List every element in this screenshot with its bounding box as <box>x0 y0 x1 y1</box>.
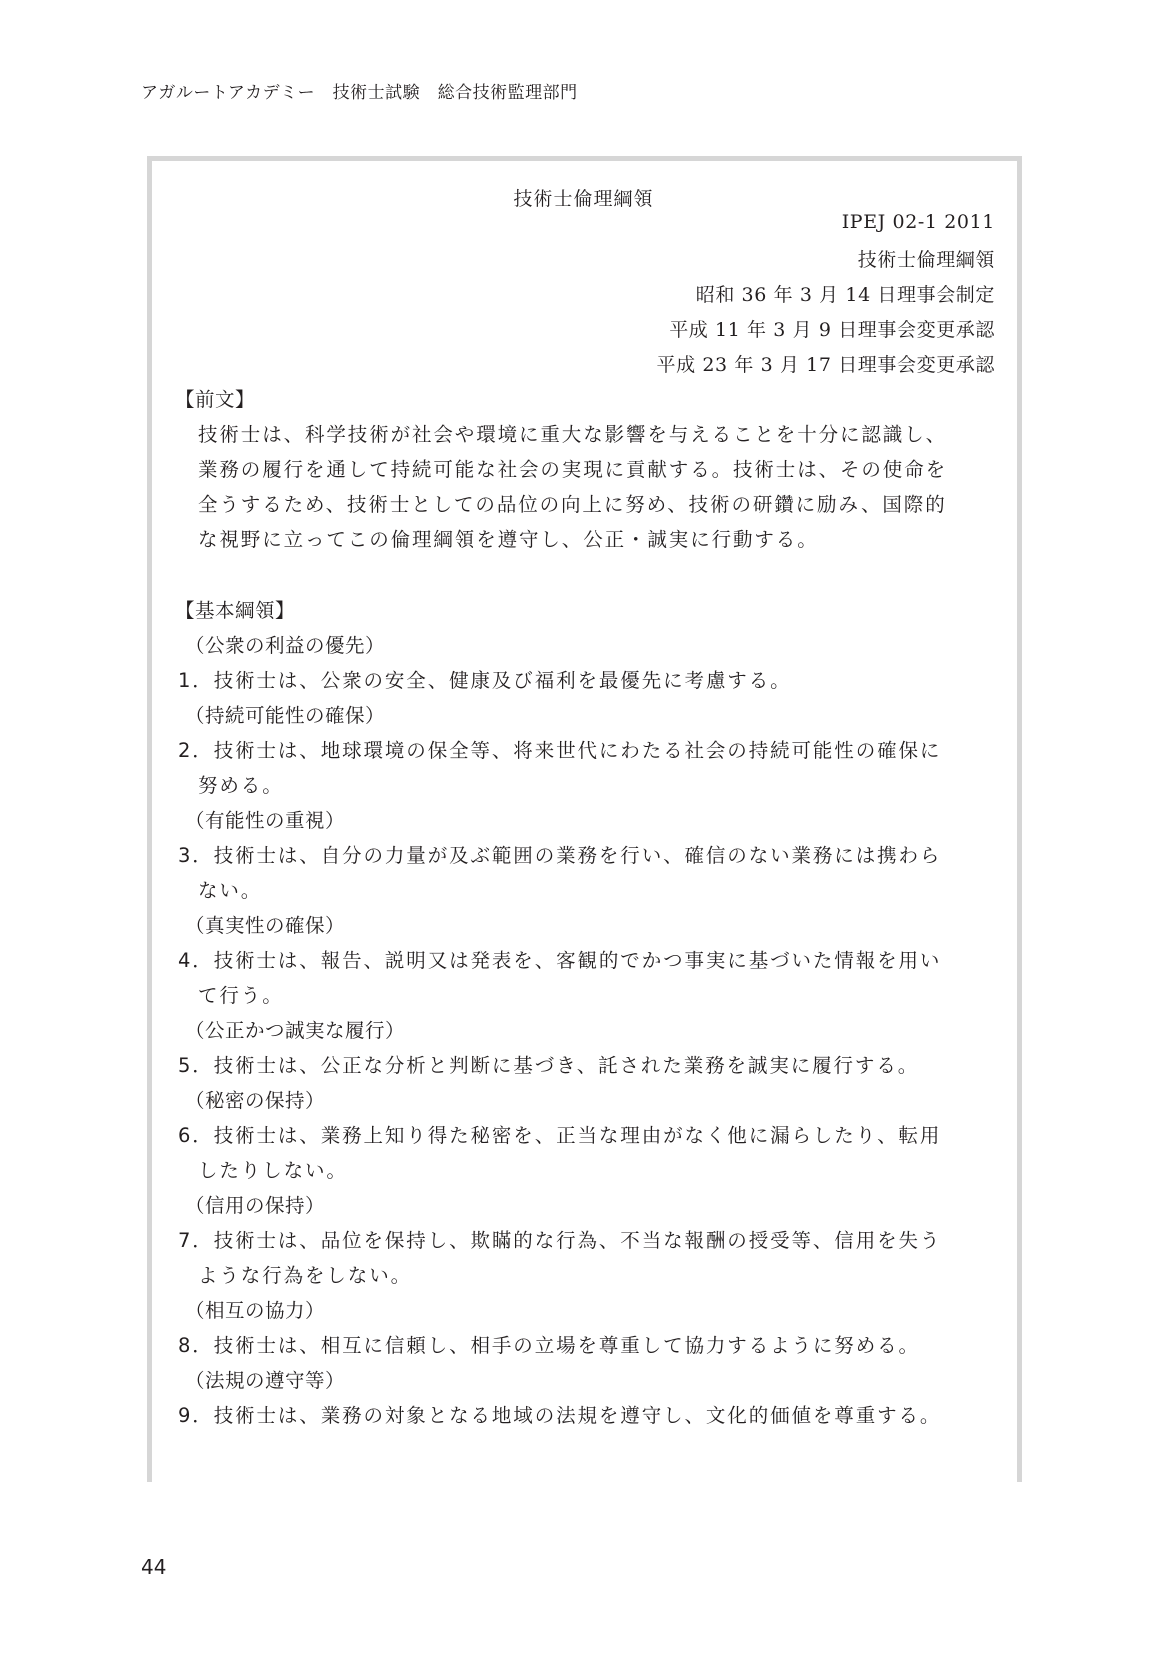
item-text-continued: ない。 <box>198 875 262 903</box>
page-number: 44 <box>141 1555 166 1579</box>
document-name: 技術士倫理綱領 <box>858 245 995 272</box>
item-text: 5．技術士は、公正な分析と判断に基づき、託された業務を誠実に履行する。 <box>178 1050 919 1078</box>
item-subtitle: （持続可能性の確保） <box>185 700 385 728</box>
revision-date-2: 平成 23 年 3 月 17 日理事会変更承認 <box>657 350 995 377</box>
enactment-date: 昭和 36 年 3 月 14 日理事会制定 <box>696 280 995 307</box>
item-subtitle: （秘密の保持） <box>185 1085 325 1113</box>
item-text-continued: ような行為をしない。 <box>198 1260 412 1288</box>
item-text: 8．技術士は、相互に信頼し、相手の立場を尊重して協力するように努める。 <box>178 1330 920 1358</box>
item-subtitle: （公衆の利益の優先） <box>185 630 385 658</box>
document-title: 技術士倫理綱領 <box>0 184 1167 211</box>
item-subtitle: （信用の保持） <box>185 1190 325 1218</box>
item-text-continued: 努める。 <box>198 770 284 798</box>
item-text: 7．技術士は、品位を保持し、欺瞞的な行為、不当な報酬の授受等、信用を失う <box>178 1225 941 1253</box>
preamble-line: な視野に立ってこの倫理綱領を遵守し、公正・誠実に行動する。 <box>198 524 819 552</box>
document-code: IPEJ 02-1 2011 <box>842 211 995 233</box>
preamble-line: 業務の履行を通して持続可能な社会の実現に貢献する。技術士は、その使命を <box>198 454 947 482</box>
item-subtitle: （有能性の重視） <box>185 805 345 833</box>
basic-code-heading: 【基本綱領】 <box>175 595 295 623</box>
preamble-line: 全うするため、技術士としての品位の向上に努め、技術の研鑽に励み、国際的 <box>198 489 947 517</box>
item-subtitle: （法規の遵守等） <box>185 1365 345 1393</box>
item-subtitle: （公正かつ誠実な履行） <box>185 1015 405 1043</box>
item-text: 1．技術士は、公衆の安全、健康及び福利を最優先に考慮する。 <box>178 665 792 693</box>
item-text-continued: て行う。 <box>198 980 284 1008</box>
item-text: 9．技術士は、業務の対象となる地域の法規を遵守し、文化的価値を尊重する。 <box>178 1400 941 1428</box>
item-text: 3．技術士は、自分の力量が及ぶ範囲の業務を行い、確信のない業務には携わら <box>178 840 941 868</box>
item-text-continued: したりしない。 <box>198 1155 348 1183</box>
preamble-line: 技術士は、科学技術が社会や環境に重大な影響を与えることを十分に認識し、 <box>198 419 947 447</box>
item-text: 6．技術士は、業務上知り得た秘密を、正当な理由がなく他に漏らしたり、転用 <box>178 1120 941 1148</box>
item-subtitle: （真実性の確保） <box>185 910 345 938</box>
item-text: 2．技術士は、地球環境の保全等、将来世代にわたる社会の持続可能性の確保に <box>178 735 941 763</box>
preamble-heading: 【前文】 <box>175 384 255 412</box>
item-subtitle: （相互の協力） <box>185 1295 325 1323</box>
running-header: アガルートアカデミー 技術士試験 総合技術監理部門 <box>141 78 578 103</box>
revision-date-1: 平成 11 年 3 月 9 日理事会変更承認 <box>669 315 995 342</box>
item-text: 4．技術士は、報告、説明又は発表を、客観的でかつ事実に基づいた情報を用い <box>178 945 941 973</box>
